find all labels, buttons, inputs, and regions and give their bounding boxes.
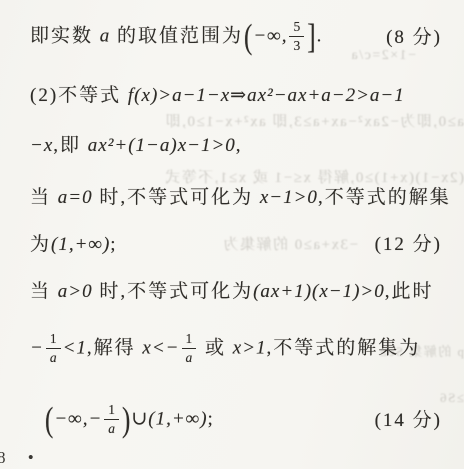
text-segment: 即实数 [30, 25, 100, 46]
text-segment: 的取值范围为 [110, 25, 243, 46]
text-segment: a>0 [58, 281, 93, 302]
line-text: 为(1,+∞); [30, 235, 118, 254]
score-label: (12 分) [375, 235, 442, 254]
text-segment: a [100, 25, 111, 46]
text-segment: x>1 [233, 337, 267, 358]
text-segment: − [30, 337, 44, 358]
text-segment: ,解得 [87, 337, 143, 358]
text-segment: . [317, 25, 324, 46]
solution-line-3: −x,即 ax²+(1−a)x−1>0, [30, 130, 442, 160]
text-segment: −∞, [253, 25, 287, 46]
solution-line-2: (2)不等式 f(x)>a−1−x⇒ax²−ax+a−2>a−1 [30, 80, 442, 110]
text-segment: 当 [30, 187, 58, 208]
solution-line-4: 当 a=0 时,不等式可化为 x−1>0,不等式的解集 [30, 182, 442, 212]
big-delimiter: ( [44, 403, 54, 438]
solution-line-1: 即实数 a 的取值范围为(−∞,53]. (8 分) [30, 13, 442, 61]
line-text: 当 a>0 时,不等式可化为(ax+1)(x−1)>0,此时 [30, 282, 434, 301]
text-segment: x<− [142, 337, 179, 358]
text-segment: ∪(1,+∞) [131, 408, 207, 429]
text-segment: ,此时 [385, 281, 434, 302]
text-segment: (ax+1)(x−1)>0 [253, 281, 385, 302]
score-label: (14 分) [375, 411, 442, 430]
big-delimiter: ( [243, 20, 253, 55]
text-segment: ; [208, 408, 215, 429]
text-segment: f(x)>a−1−x⇒ax²−ax+a−2>a−1 [128, 85, 405, 106]
big-delimiter: ) [121, 403, 131, 438]
text-segment: −x [30, 135, 53, 156]
text-segment: 或 [198, 337, 233, 358]
solution-line-7: −1a<1,解得 x<−1a 或 x>1,不等式的解集为 [30, 324, 442, 374]
text-segment: <1 [63, 337, 87, 358]
fraction: 53 [289, 19, 304, 53]
text-segment: ; [110, 234, 117, 255]
text-segment: 当 [30, 281, 58, 302]
text-segment: (2)不等式 [30, 85, 128, 106]
text-segment: ,不等式的解集 [318, 187, 451, 208]
text-segment: −∞,− [54, 408, 102, 429]
score-label: (8 分) [386, 28, 442, 47]
line-text: (2)不等式 f(x)>a−1−x⇒ax²−ax+a−2>a−1 [30, 86, 405, 105]
fraction: 1a [182, 331, 197, 365]
solution-line-8: (−∞,−1a)∪(1,+∞); (14 分) [44, 394, 442, 446]
text-segment: a=0 [58, 187, 93, 208]
solution-line-6: 当 a>0 时,不等式可化为(ax+1)(x−1)>0,此时 [30, 276, 442, 306]
text-segment: 时,不等式可化为 [93, 281, 254, 302]
text-segment: 时,不等式可化为 [93, 187, 260, 208]
text-segment: 为 [30, 234, 51, 255]
page-number: 8 • [0, 448, 43, 468]
text-segment: (1,+∞) [51, 234, 110, 255]
text-segment: ,即 [53, 135, 88, 156]
big-delimiter: ] [306, 20, 316, 55]
text-segment: x−1>0 [260, 187, 318, 208]
solution-line-5: 为(1,+∞); (12 分) [30, 228, 442, 260]
fraction: 1a [104, 402, 119, 436]
text-segment: ,不等式的解集为 [267, 337, 421, 358]
line-text: 当 a=0 时,不等式可化为 x−1>0,不等式的解集 [30, 188, 451, 207]
text-segment: ax²+(1−a)x−1>0 [88, 135, 236, 156]
line-text: 即实数 a 的取值范围为(−∞,53]. [30, 20, 323, 54]
ghost-text: a≥0,即为−2ax²−ax+a≥3,即 ax²+x−1≥0,即 [0, 110, 464, 131]
line-text: −1a<1,解得 x<−1a 或 x>1,不等式的解集为 [30, 332, 420, 366]
fraction: 1a [46, 331, 61, 365]
line-text: −x,即 ax²+(1−a)x−1>0, [30, 136, 243, 155]
line-text: (−∞,−1a)∪(1,+∞); [44, 403, 215, 437]
text-segment: , [236, 135, 243, 156]
scanned-page: −1×2=c/a a≥0,即为−2ax²−ax+a≥3,即 ax²+x−1≥0,… [0, 0, 464, 469]
